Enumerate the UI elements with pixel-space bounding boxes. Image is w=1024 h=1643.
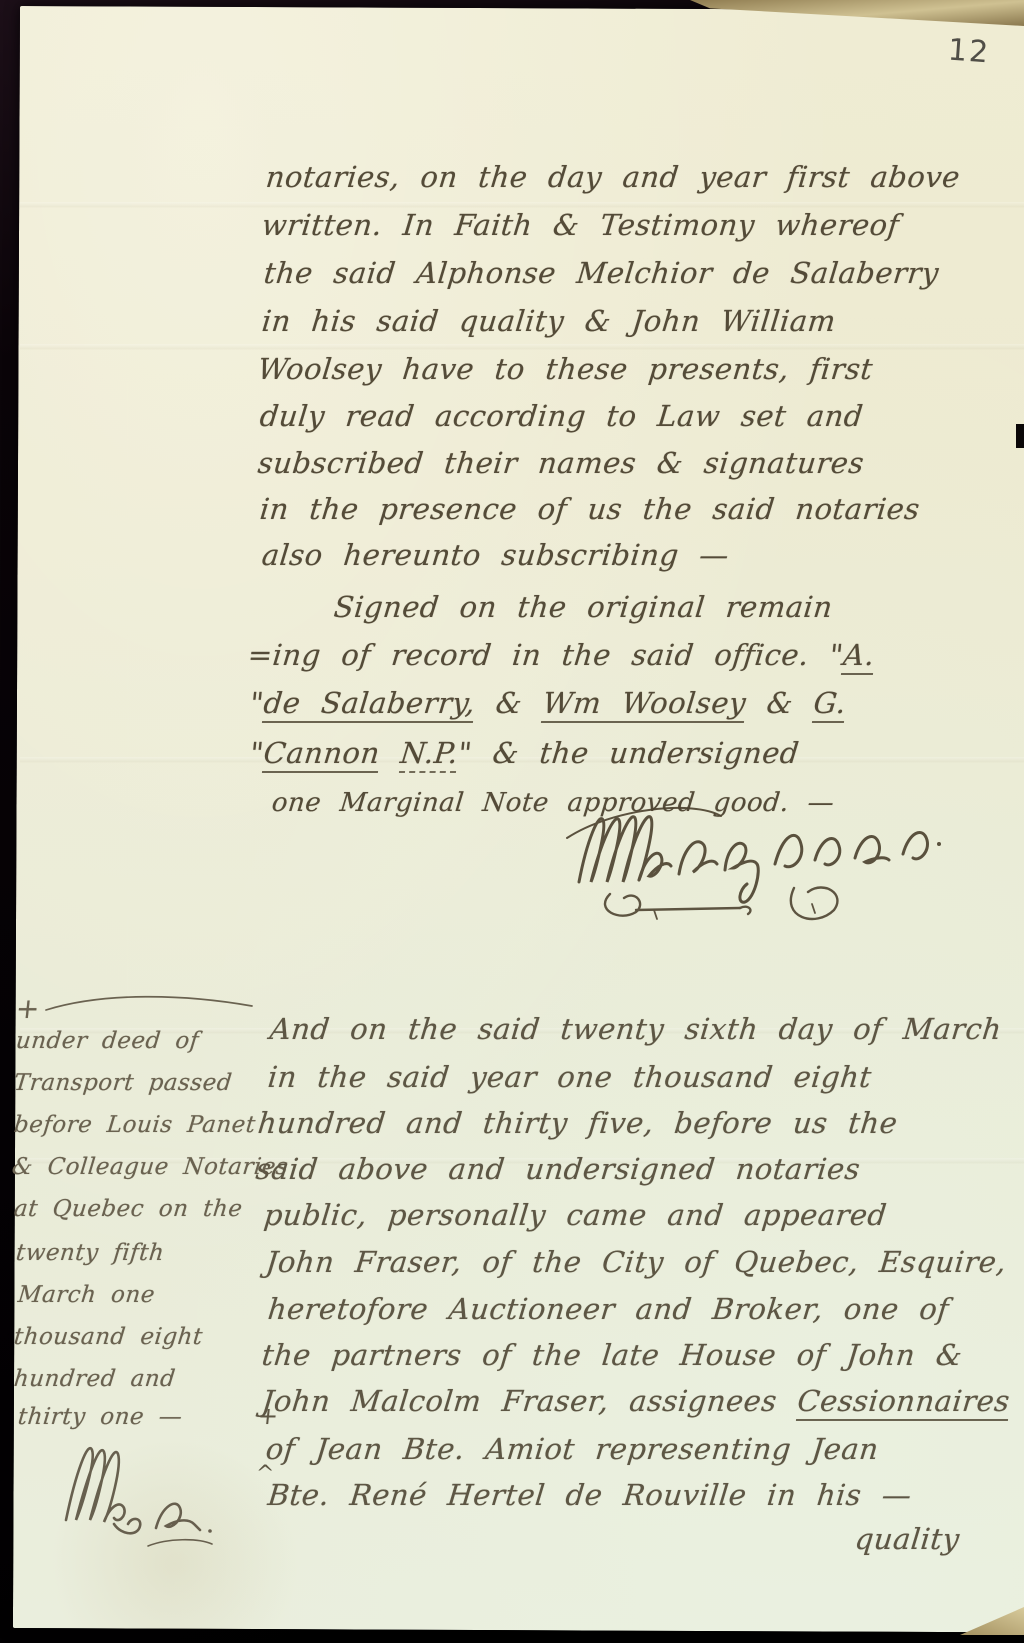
- margin-note-line: hundred and: [13, 1366, 177, 1392]
- margin-initials-paraph: [48, 1424, 278, 1554]
- insert-plus-mark: +: [257, 1402, 281, 1430]
- manuscript-line: written. In Faith & Testimony whereof: [260, 208, 901, 242]
- manuscript-line: in the said year one thousand eight: [266, 1060, 873, 1094]
- manuscript-line: John Malcolm Fraser, assignees Cessionna…: [260, 1384, 1011, 1418]
- manuscript-line: notaries, on the day and year first abov…: [264, 160, 962, 194]
- underlined-name: G.: [812, 686, 848, 723]
- margin-swash-stroke: [44, 988, 256, 1016]
- underlined-name: A.: [841, 638, 876, 675]
- manuscript-line: in his said quality & John William: [260, 304, 837, 338]
- manuscript-line: John Fraser, of the City of Quebec, Esqu…: [264, 1245, 1008, 1279]
- manuscript-line: heretofore Auctioneer and Broker, one of: [266, 1292, 950, 1326]
- line-assignees-pre: John Malcolm Fraser, assignees: [260, 1384, 799, 1418]
- manuscript-line: said above and undersigned notaries: [254, 1152, 862, 1186]
- manuscript-line: "de Salaberry, & Wm Woolsey & G.: [248, 686, 848, 720]
- line-office-pre: =ing of record in the said office. ": [246, 638, 845, 672]
- paper-crease: [20, 344, 1024, 350]
- margin-note-line: & Colleague Notaries: [11, 1154, 290, 1180]
- manuscript-line: duly read according to Law set and: [258, 399, 865, 433]
- manuscript-line: Signed on the original remain: [332, 590, 834, 624]
- right-edge-notch: [1016, 424, 1024, 448]
- manuscript-line: Bte. René Hertel de Rouville in his —: [266, 1478, 913, 1512]
- line-sep: &: [744, 686, 815, 720]
- manuscript-line: subscribed their names & signatures: [256, 446, 866, 480]
- margin-note-line: twenty fifth: [15, 1240, 166, 1266]
- manuscript-line: public, personally came and appeared: [262, 1198, 888, 1232]
- underlined-name: N.P.: [398, 736, 459, 773]
- manuscript-line: =ing of record in the said office. "A.: [246, 638, 876, 672]
- margin-note-line: Transport passed: [13, 1070, 234, 1096]
- manuscript-line: in the presence of us the said notaries: [258, 492, 921, 526]
- page-number: 12: [947, 33, 992, 71]
- underlined-name: Cessionnaires: [796, 1384, 1012, 1421]
- manuscript-line: the said Alphonse Melchior de Salaberry: [262, 256, 940, 290]
- line-rest: " & the undersigned: [456, 736, 801, 770]
- underlined-name: Wm Woolsey: [541, 686, 748, 723]
- manuscript-line: Woolsey have to these presents, first: [256, 352, 874, 386]
- underlined-name: Cannon: [262, 736, 382, 773]
- margin-note-line: March one: [17, 1282, 157, 1308]
- margin-note-line: before Louis Panet: [13, 1112, 257, 1138]
- line-sep: &: [473, 686, 544, 720]
- manuscript-line: the partners of the late House of John &: [260, 1338, 964, 1372]
- margin-insert-mark: +: [14, 992, 41, 1025]
- manuscript-line: And on the said twenty sixth day of Marc…: [268, 1012, 1003, 1046]
- document-scan: 12 notaries, on the day and year first a…: [0, 0, 1024, 1643]
- margin-note-line: at Quebec on the: [13, 1196, 244, 1222]
- manuscript-line: of Jean Bte. Amiot representing Jean: [264, 1432, 880, 1466]
- signature-paraph-flourish: [588, 878, 858, 934]
- margin-note-line: thousand eight: [13, 1324, 204, 1350]
- underlined-name: de Salaberry,: [262, 686, 477, 723]
- manuscript-line: "Cannon N.P." & the undersigned: [248, 736, 801, 770]
- manuscript-line: also hereunto subscribing —: [260, 538, 730, 572]
- manuscript-line: hundred and thirty five, before us the: [256, 1106, 899, 1140]
- catchword: quality: [853, 1522, 961, 1556]
- margin-note-line: under deed of: [15, 1028, 201, 1054]
